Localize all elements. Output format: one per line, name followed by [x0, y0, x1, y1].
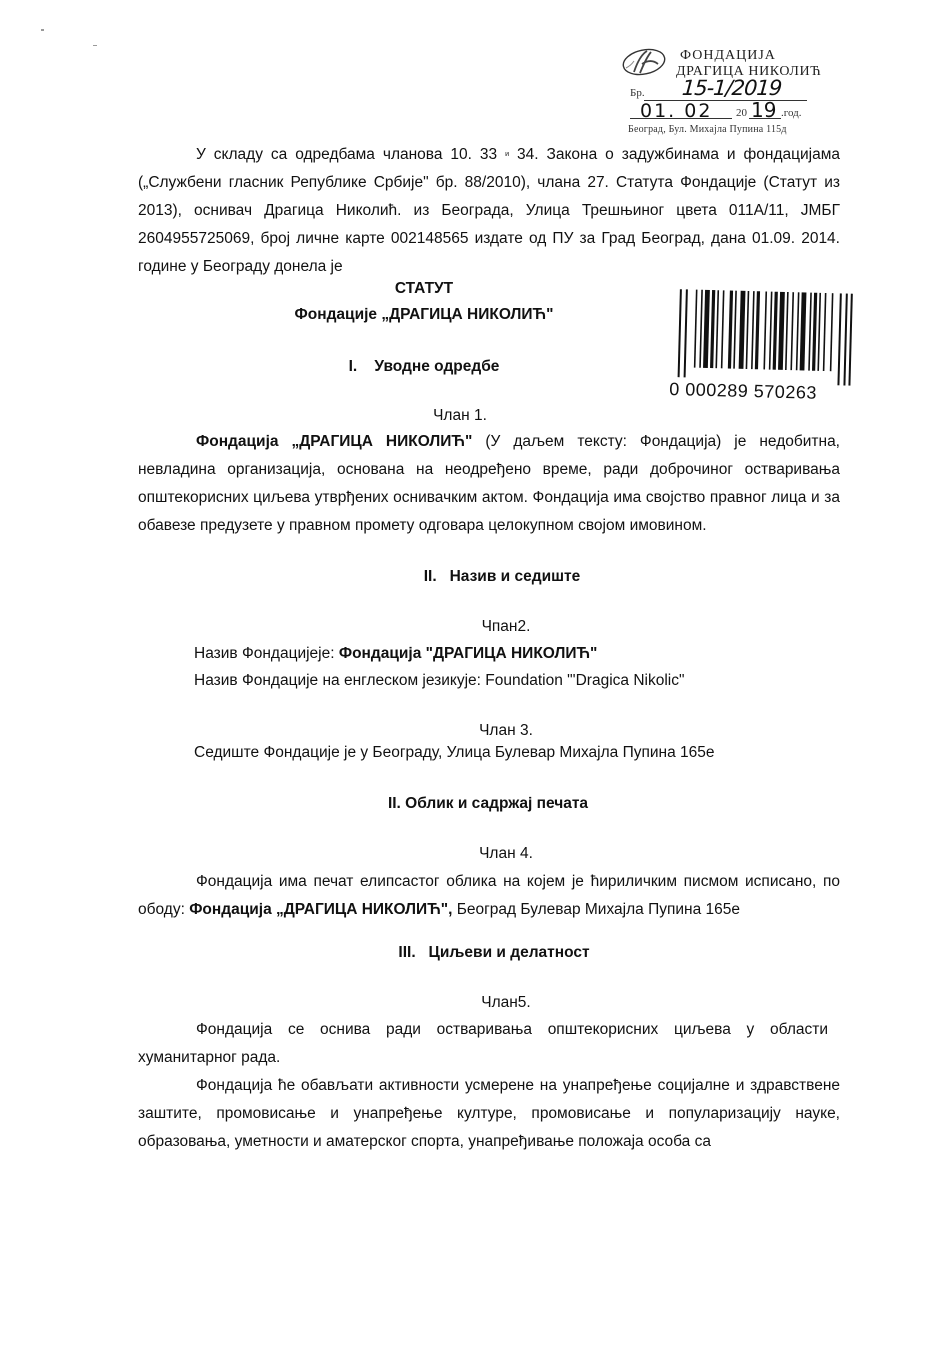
article-2-line-2-text: Назив Фондације на енглеском језикује: F… — [194, 672, 684, 689]
article-5-para-2-text: Фондација ће обављати активности усмерен… — [138, 1077, 840, 1150]
stamp-address: Београд, Бул. Михајла Пупина 115д — [628, 124, 787, 135]
barcode: 0 000289 570263 — [669, 285, 854, 412]
monogram-dn-logo — [620, 46, 670, 80]
section-heading-2: II. Назив и седиште — [32, 568, 940, 586]
section-heading-4: III. Циљеви и делатност — [24, 944, 940, 962]
article-4-paragraph: Фондација има печат елипсастог облика на… — [138, 868, 840, 924]
article-label-4: Члан 4. — [36, 845, 940, 863]
article-2-line-1-bold: Фондација "ДРАГИЦА НИКОЛИЋ" — [339, 645, 598, 662]
stamp-year-handwritten: 19 — [751, 98, 776, 122]
section-heading-3: II. Облик и садржај печата — [18, 795, 940, 813]
registration-stamp: ФОНДАЦИЈА ДРАГИЦА НИКОЛИЋ Бр. 15-1/2019 … — [620, 44, 850, 140]
stamp-number-label: Бр. — [630, 87, 645, 99]
stamp-year-prefix: 20 — [736, 107, 747, 119]
article-1-paragraph: Фондација „ДРАГИЦА НИКОЛИЋ" (У даљем тек… — [138, 428, 840, 540]
article-4-bold: Фондација „ДРАГИЦА НИКОЛИЋ", — [189, 901, 452, 918]
article-label-2: Чпан2. — [36, 618, 940, 636]
article-4-text-2: Београд Булевар Михајла Пупина 165е — [452, 901, 740, 918]
preamble-text-1: У складу са одредбама чланова 10. 33 — [196, 146, 505, 163]
stamp-year-suffix: .год. — [781, 107, 802, 119]
scan-speck — [93, 45, 97, 46]
article-5-paragraph-1: Фондација се оснива ради остваривања опш… — [138, 1016, 828, 1072]
article-1-bold-lead: Фондација „ДРАГИЦА НИКОЛИЋ" — [196, 433, 472, 450]
article-label-1: Члан 1. — [0, 407, 930, 425]
stamp-date-handwritten: 01. 02 — [640, 100, 712, 122]
article-3-line-1: Седиште Фондације је у Београду, Улица Б… — [194, 744, 715, 762]
preamble-text-2: 34. Закона о задужбинама и фондацијама (… — [138, 146, 840, 275]
preamble-paragraph: У складу са одредбама чланова 10. 33 и 3… — [138, 141, 840, 281]
article-5-paragraph-2: Фондација ће обављати активности усмерен… — [138, 1072, 840, 1156]
article-2-line-1-prefix: Назив Фондацијеје: — [194, 645, 339, 662]
article-label-5: Члан5. — [36, 994, 940, 1012]
section-heading-1: I. Уводне одредбе — [0, 358, 894, 376]
article-3-line-1-text: Седиште Фондације је у Београду, Улица Б… — [194, 744, 715, 761]
article-2-line-1: Назив Фондацијеје: Фондација "ДРАГИЦА НИ… — [194, 645, 597, 663]
article-label-3: Члан 3. — [36, 722, 940, 740]
scan-speck — [41, 29, 44, 31]
article-2-line-2: Назив Фондације на енглеском језикује: F… — [194, 672, 684, 690]
stamp-org-line1: ФОНДАЦИЈА — [680, 48, 776, 64]
barcode-number: 0 000289 570263 — [669, 379, 817, 404]
stamp-number-handwritten: 15-1/2019 — [681, 76, 782, 100]
article-5-para-1-text: Фондација се оснива ради остваривања опш… — [138, 1021, 828, 1066]
